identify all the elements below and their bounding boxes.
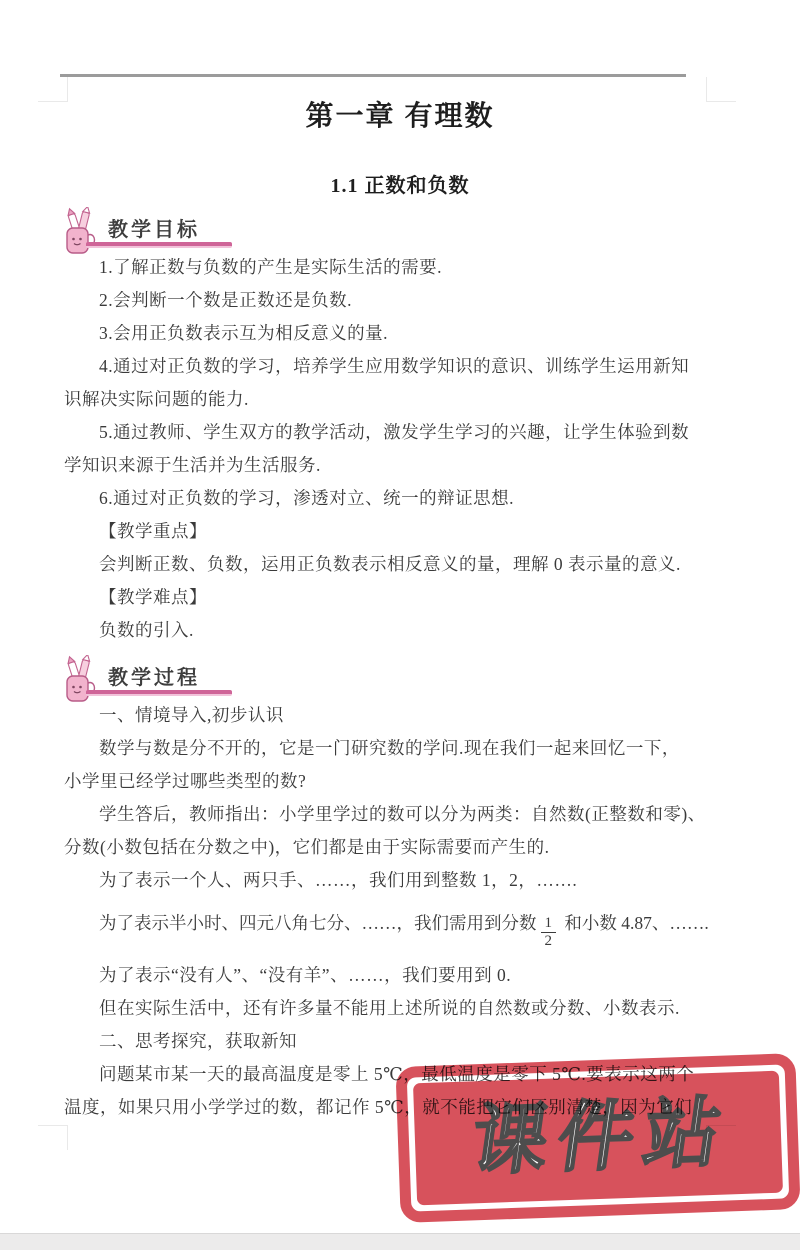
fraction-one-half: 12: [541, 915, 557, 951]
pencil-cup-icon: [60, 655, 100, 705]
margin-crop-mark-bottom-left: [38, 1125, 68, 1150]
text-line: 但在实际生活中，还有许多量不能用上述所说的自然数或分数、小数表示.: [64, 992, 736, 1025]
kejianzhan-stamp-watermark: 课件站: [395, 1053, 800, 1223]
text-line: 小学里已经学过哪些类型的数?: [64, 765, 736, 798]
text-line-with-fraction: 为了表示半小时、四元八角七分、……，我们需用到分数12 和小数 4.87、…….: [64, 907, 736, 950]
text-line: 分数(小数包括在分数之中)，它们都是由于实际需要而产生的.: [64, 831, 736, 864]
stamp-text: 课件站: [461, 1095, 736, 1181]
text-line: 会判断正数、负数，运用正负数表示相反意义的量，理解 0 表示量的意义.: [64, 548, 736, 581]
text-line: 1.了解正数与负数的产生是实际生活的需要.: [64, 251, 736, 284]
section-title: 1.1 正数和负数: [64, 173, 736, 199]
text-line: 二、思考探究，获取新知: [64, 1025, 736, 1058]
text-line: 识解决实际问题的能力.: [64, 383, 736, 416]
objectives-text-block: 1.了解正数与负数的产生是实际生活的需要. 2.会判断一个数是正数还是负数. 3…: [64, 251, 736, 647]
chapter-title: 第一章 有理数: [64, 0, 736, 135]
text-line: 4.通过对正负数的学习，培养学生应用数学知识的意识、训练学生运用新知: [64, 350, 736, 383]
fraction-numerator: 1: [541, 915, 557, 932]
document-content: 第一章 有理数 1.1 正数和负数 教学目标: [0, 0, 800, 1124]
teaching-process-badge: 教学过程: [60, 655, 736, 699]
document-page: 第一章 有理数 1.1 正数和负数 教学目标: [0, 0, 800, 1250]
pencil-cup-icon: [60, 207, 100, 257]
text-line: 【教学重点】: [64, 515, 736, 548]
text-line: 5.通过教师、学生双方的教学活动，激发学生学习的兴趣，让学生体验到数: [64, 416, 736, 449]
text-line: 3.会用正负数表示互为相反意义的量.: [64, 317, 736, 350]
text-line: 学生答后，教师指出：小学里学过的数可以分为两类：自然数(正整数和零)、: [64, 798, 736, 831]
text-line: 2.会判断一个数是正数还是负数.: [64, 284, 736, 317]
text-line: 为了表示一个人、两只手、……，我们用到整数 1，2，…….: [64, 864, 736, 897]
window-bottom-strip: [0, 1233, 800, 1250]
fraction-denominator: 2: [541, 932, 557, 950]
teaching-objectives-badge: 教学目标: [60, 207, 736, 251]
stamp-fill: 课件站: [413, 1071, 783, 1206]
teaching-objectives-label: 教学目标: [100, 213, 206, 251]
text-line: 一、情境导入,初步认识: [64, 699, 736, 732]
text-line: 负数的引入.: [64, 614, 736, 647]
text-line: 数学与数是分不开的，它是一门研究数的学问.现在我们一起来回忆一下，: [64, 732, 736, 765]
fraction-prefix-text: 为了表示半小时、四元八角七分、……，我们需用到分数: [99, 913, 537, 933]
fraction-suffix-text: 和小数 4.87、…….: [560, 913, 709, 933]
teaching-process-label: 教学过程: [100, 661, 206, 699]
text-line: 学知识来源于生活并为生活服务.: [64, 449, 736, 482]
text-line: 6.通过对正负数的学习，渗透对立、统一的辩证思想.: [64, 482, 736, 515]
text-line: 【教学难点】: [64, 581, 736, 614]
text-line: 为了表示“没有人”、“没有羊”、……，我们要用到 0.: [64, 959, 736, 992]
